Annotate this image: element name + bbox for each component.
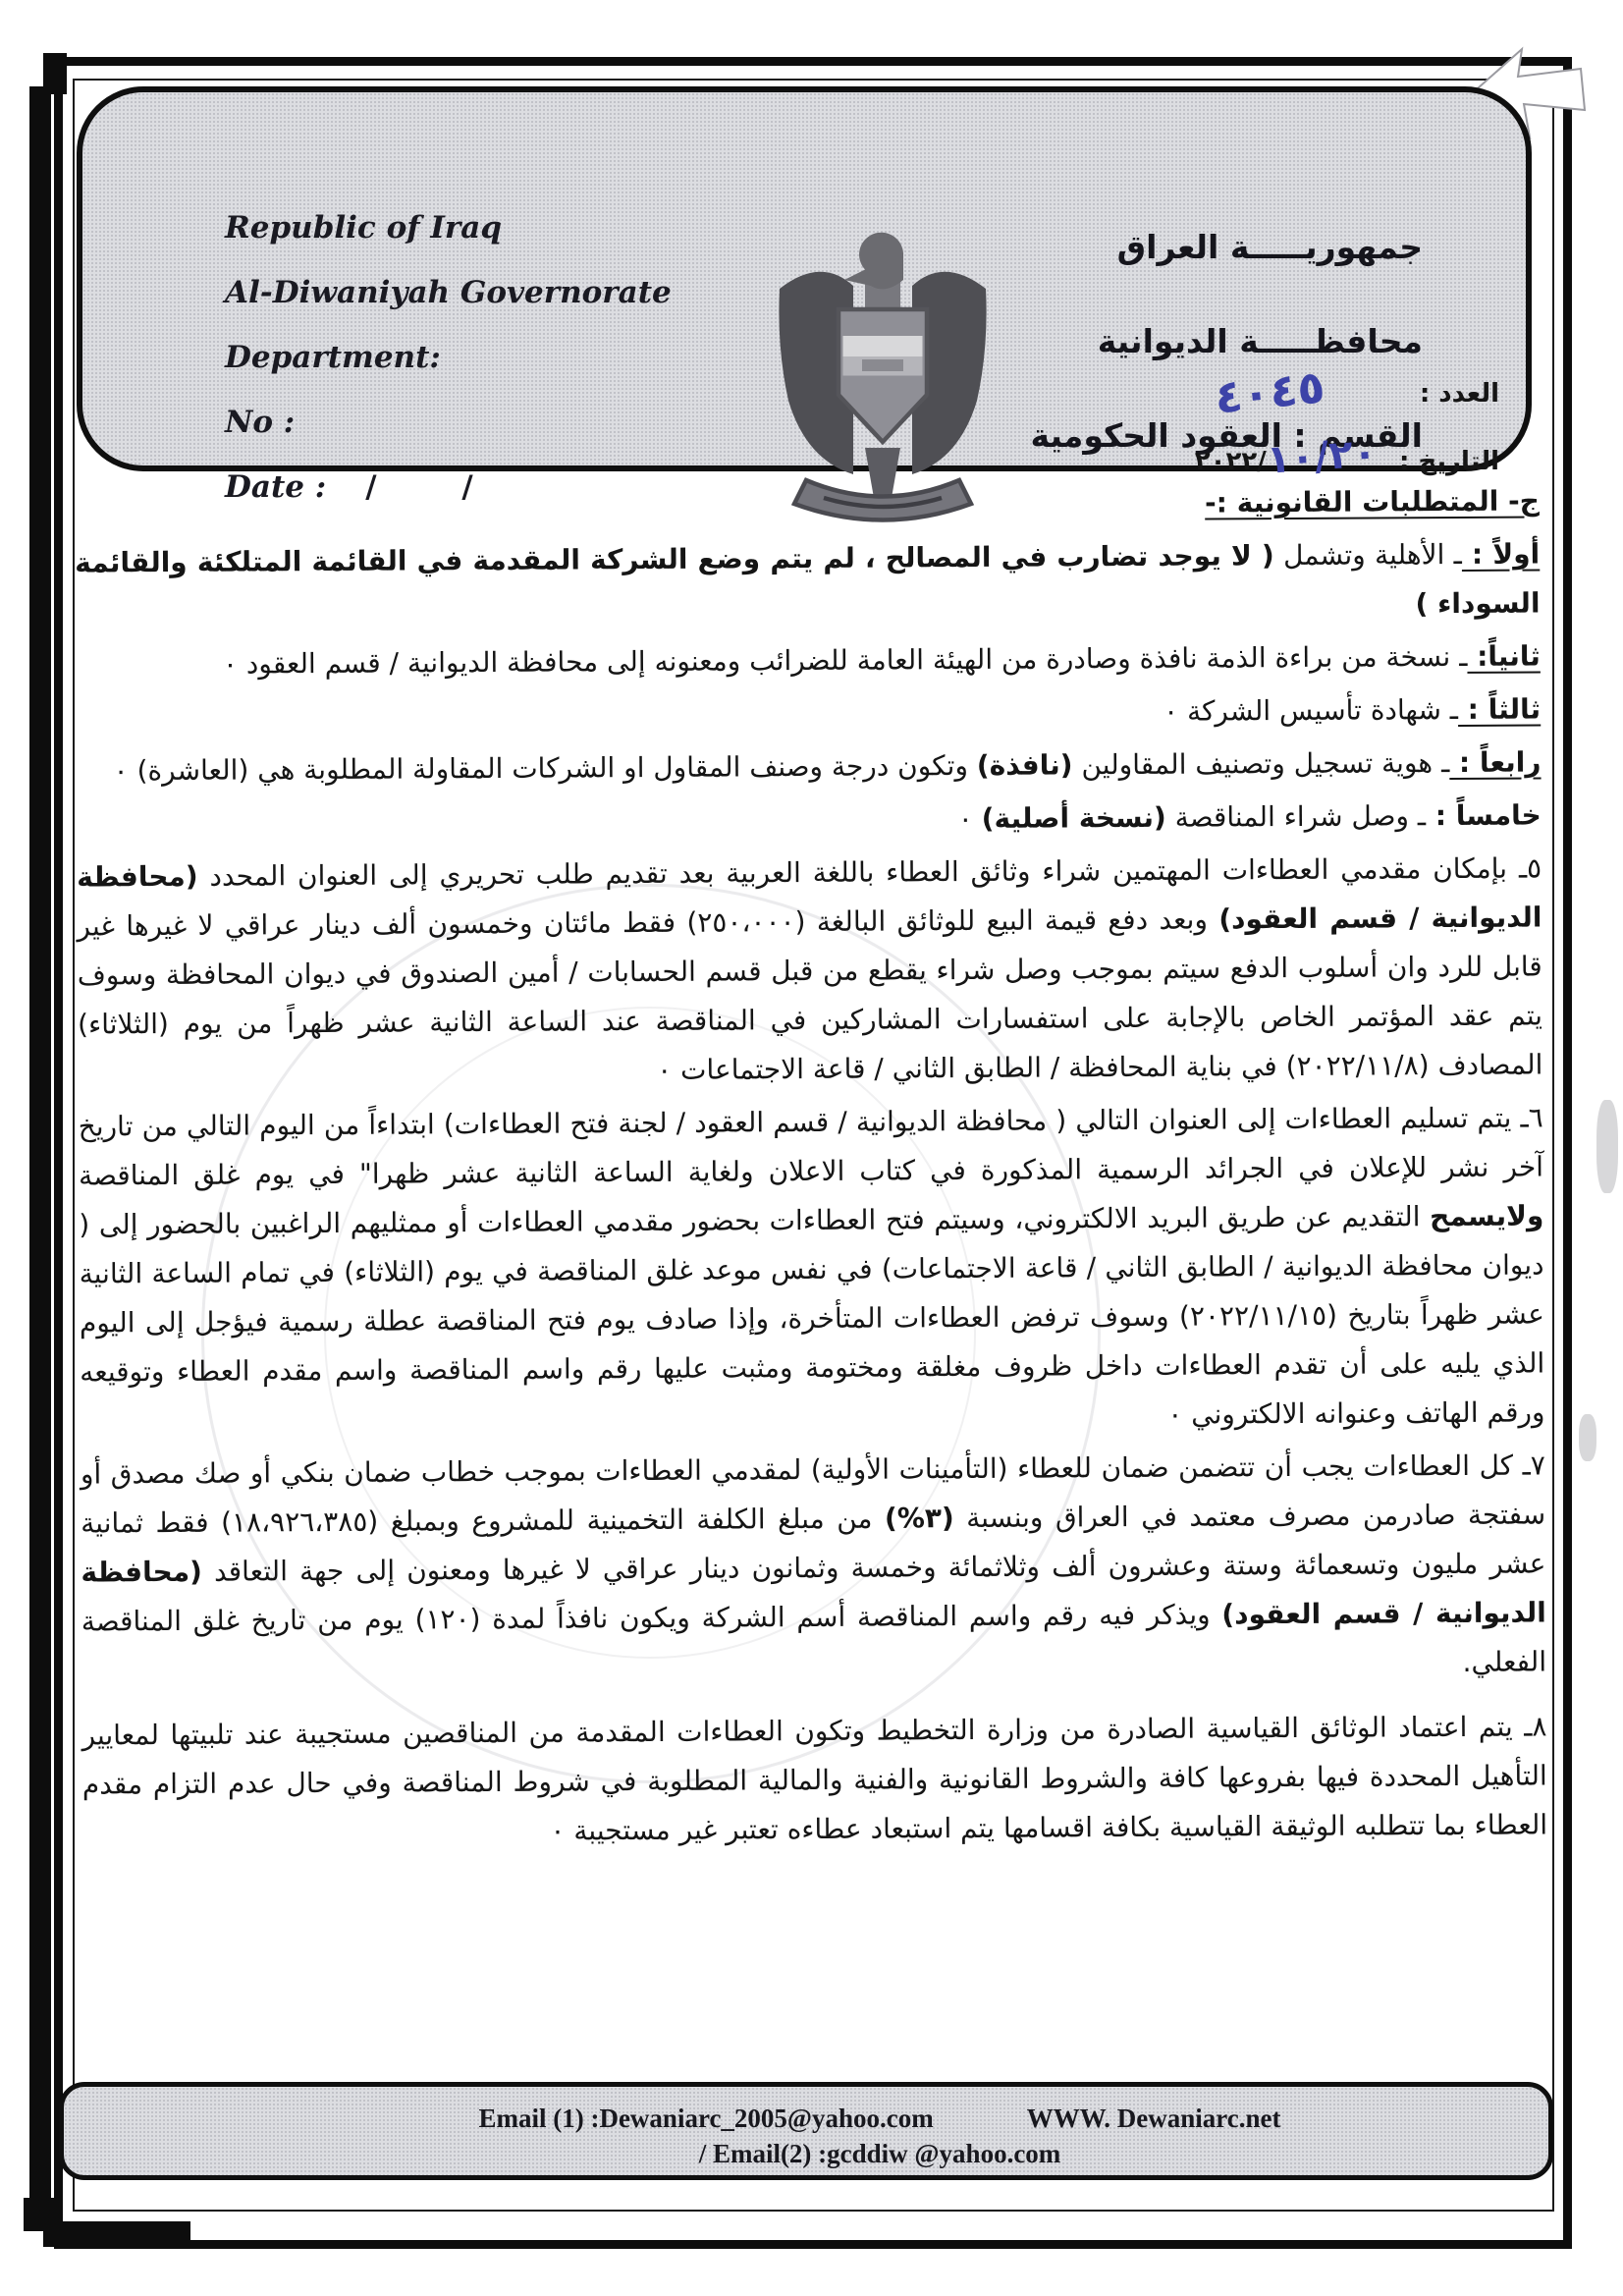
body-text: ج- المتطلبات القانونية :-أولاً : ـ الأهل…: [75, 476, 1548, 1862]
clause-paragraph: ٧ـ كل العطاءات يجب أن تتضمن ضمان للعطاء …: [81, 1441, 1546, 1695]
clause-paragraph: ٦ـ يتم تسليم العطاءات إلى العنوان التالي…: [79, 1093, 1545, 1446]
clause-paragraph: ج- المتطلبات القانونية :-: [75, 476, 1540, 534]
date-printed-year: ٢٠٢٢/: [1195, 447, 1267, 476]
email-1: Email (1) :Dewaniarc_2005@yahoo.com: [478, 2104, 933, 2133]
country-name-en: Republic of Iraq: [225, 195, 676, 260]
clause-paragraph: أولاً : ـ الأهلية وتشمل ( لا يوجد تضارب …: [75, 529, 1541, 636]
footer-contact-box: Email (1) :Dewaniarc_2005@yahoo.comWWW. …: [59, 2082, 1553, 2180]
number-label-ar: العدد :: [1420, 379, 1499, 409]
footer-line-1: Email (1) :Dewaniarc_2005@yahoo.comWWW. …: [211, 2101, 1548, 2136]
scanned-document-page: Republic of Iraq Al-Diwaniyah Governorat…: [0, 0, 1623, 2296]
scan-edge-artifact: [43, 53, 67, 94]
clause-paragraph: خامساً : ـ وصل شراء المناقصة (نسخة أصلية…: [77, 791, 1542, 848]
governorate-name-en: Al-Diwaniyah Governorate: [225, 260, 676, 325]
scan-edge-artifact: [29, 86, 51, 2227]
email-2: / Email(2) :gcddiw @yahoo.com: [699, 2139, 1061, 2168]
department-label-en: Department:: [225, 325, 676, 390]
scan-smudge: [1596, 1100, 1618, 1193]
scan-edge-artifact: [43, 2221, 190, 2247]
scan-smudge: [1579, 1414, 1596, 1461]
letterhead-box: Republic of Iraq Al-Diwaniyah Governorat…: [77, 86, 1532, 471]
clause-paragraph: ٥ـ بإمكان مقدمي العطاءات المهتمين شراء و…: [77, 844, 1542, 1098]
document-number-line: العدد :: [1420, 379, 1499, 409]
clause-paragraph: ثالثاً : ـ شهادة تأسيس الشركة ٠: [76, 684, 1541, 742]
governorate-name-ar: محافظـــــة الديوانية: [971, 295, 1423, 389]
website: WWW. Dewaniarc.net: [1027, 2104, 1281, 2133]
document-date-line: التاريخ : ٢٠٢٢/١٠/٢٠: [1195, 434, 1499, 479]
country-name-ar: جمهوريـــــة العراق: [971, 200, 1423, 295]
footer-contact-lines: Email (1) :Dewaniarc_2005@yahoo.comWWW. …: [64, 2101, 1548, 2171]
letterhead-english: Republic of Iraq Al-Diwaniyah Governorat…: [225, 195, 676, 519]
number-label-en: No :: [225, 390, 676, 455]
clause-paragraph: رابعاً : ـ هوية تسجيل وتصنيف المقاولين (…: [76, 738, 1541, 795]
footer-line-2: / Email(2) :gcddiw @yahoo.com: [211, 2136, 1548, 2171]
date-handwritten: ١٠/٢٠: [1265, 430, 1378, 483]
clause-paragraph: ثانياً: ـ نسخة من براءة الذمة نافذة وصاد…: [76, 631, 1541, 689]
clause-paragraph: ٨ـ يتم اعتماد الوثائق القياسية الصادرة م…: [81, 1702, 1547, 1858]
date-label-ar: التاريخ :: [1399, 447, 1499, 476]
